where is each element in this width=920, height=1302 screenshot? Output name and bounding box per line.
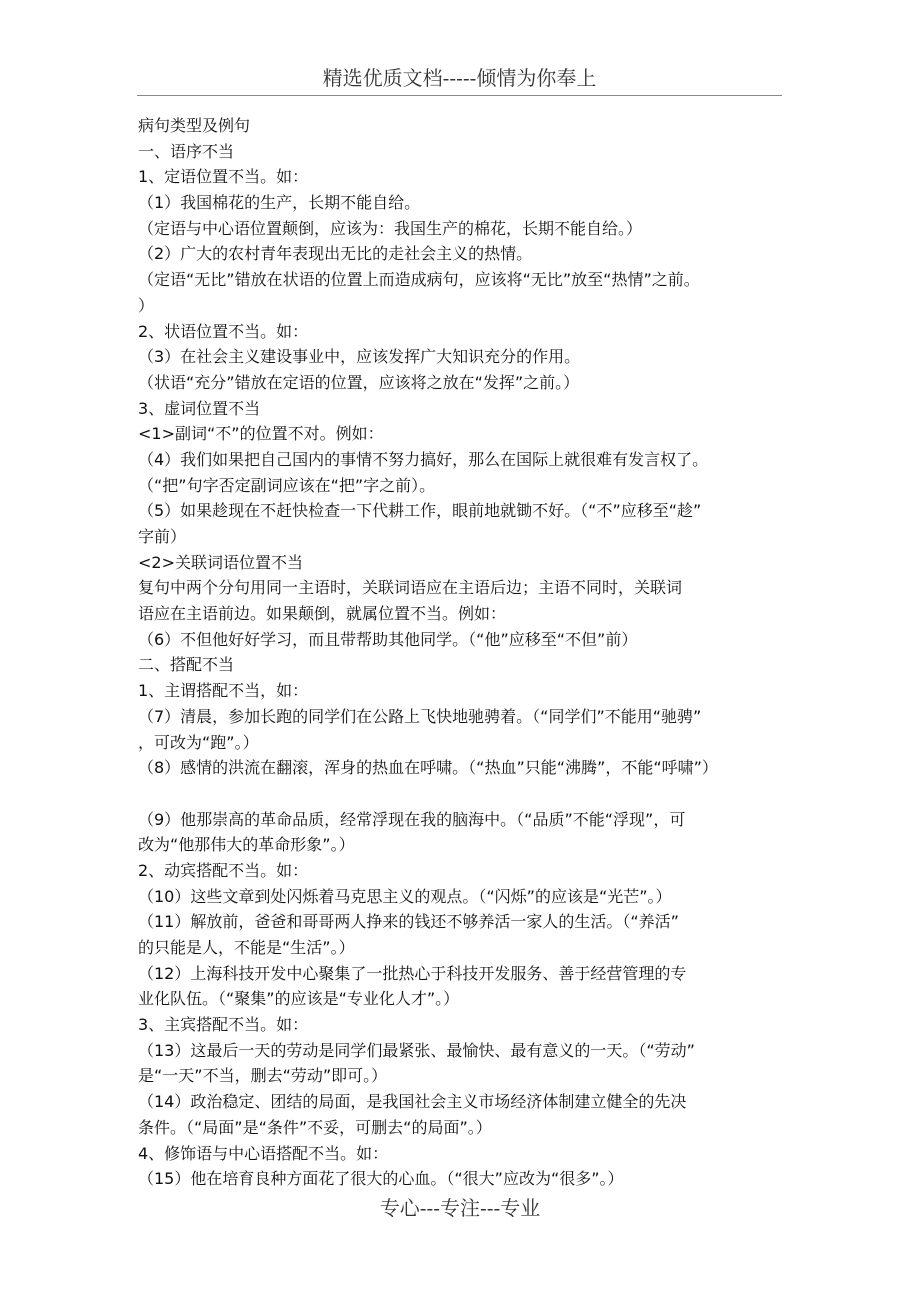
example-line: （9）他那崇高的革命品质，经常浮现在我的脑海中。（“品质”不能“浮现”，可 — [138, 807, 798, 833]
subsection-heading: 1、主谓搭配不当，如： — [138, 678, 798, 704]
explanation-line: 是“一天”不当，删去“劳动”即可。） — [138, 1063, 798, 1089]
document-title: 病句类型及例句 — [138, 113, 798, 139]
explanation-line: 业化队伍。（“聚集”的应该是“专业化人才”。） — [138, 986, 798, 1012]
subsection-heading: 1、定语位置不当。如： — [138, 164, 798, 190]
subsection-heading: 2、动宾搭配不当。如： — [138, 858, 798, 884]
explanation-line: ） — [138, 293, 798, 319]
example-line: （4）我们如果把自己国内的事情不努力搞好，那么在国际上就很难有发言权了。 — [138, 447, 798, 473]
example-line: （5）如果趁现在不赶快检查一下代耕工作，眼前地就锄不好。（“不”应移至“趁” — [138, 498, 798, 524]
document-body: 病句类型及例句 一、语序不当 1、定语位置不当。如： （1）我国棉花的生产，长期… — [138, 113, 798, 1192]
example-line: （1）我国棉花的生产，长期不能自给。 — [138, 190, 798, 216]
subsection-heading: 4、修饰语与中心语搭配不当。如： — [138, 1141, 798, 1167]
section-heading: 一、语序不当 — [138, 139, 798, 165]
explanation-line: 条件。（“局面”是“条件”不妥，可删去“的局面”。） — [138, 1115, 798, 1141]
explanation-line: （“把”句字否定副词应该在“把”字之前）。 — [138, 473, 798, 499]
page-footer: 专心---专注---专业 — [0, 1194, 920, 1222]
example-line: （6）不但他好好学习，而且带帮助其他同学。（“他”应移至“不但”前） — [138, 627, 798, 653]
explanation-line: 改为“他那伟大的革命形象”。） — [138, 832, 798, 858]
example-line: （3）在社会主义建设事业中，应该发挥广大知识充分的作用。 — [138, 344, 798, 370]
sub-subsection-heading: <1>副词“不”的位置不对。例如： — [138, 421, 798, 447]
explanation-line: （定语“无比”错放在状语的位置上而造成病句，应该将“无比”放至“热情”之前。 — [138, 267, 798, 293]
subsection-heading: 3、主宾搭配不当。如： — [138, 1012, 798, 1038]
explanation-line: ，可改为“跑”。） — [138, 730, 798, 756]
example-line: （8）感情的洪流在翻滚，浑身的热血在呼啸。（“热血”只能“沸腾”，不能“呼啸”） — [138, 755, 798, 781]
subsection-heading: 3、虚词位置不当 — [138, 396, 798, 422]
paragraph-line: 语应在主语前边。如果颠倒，就属位置不当。例如： — [138, 601, 798, 627]
paragraph-line: 复句中两个分句用同一主语时，关联词语应在主语后边；主语不同时，关联词 — [138, 575, 798, 601]
explanation-line: 的只能是人，不能是“生活”。） — [138, 935, 798, 961]
example-line: （11）解放前，爸爸和哥哥两人挣来的钱还不够养活一家人的生活。（“养活” — [138, 909, 798, 935]
example-line: （7）清晨，参加长跑的同学们在公路上飞快地驰骋着。（“同学们”不能用“驰骋” — [138, 704, 798, 730]
explanation-line: （状语“充分”错放在定语的位置，应该将之放在“发挥”之前。） — [138, 370, 798, 396]
subsection-heading: 2、状语位置不当。如： — [138, 319, 798, 345]
explanation-line: （定语与中心语位置颠倒，应该为：我国生产的棉花，长期不能自给。） — [138, 216, 798, 242]
example-line: （13）这最后一天的劳动是同学们最紧张、最愉快、最有意义的一天。（“劳动” — [138, 1038, 798, 1064]
sub-subsection-heading: <2>关联词语位置不当 — [138, 550, 798, 576]
example-line: （14）政治稳定、团结的局面，是我国社会主义市场经济体制建立健全的先决 — [138, 1089, 798, 1115]
page-header: 精选优质文档-----倾情为你奉上 — [137, 64, 782, 96]
example-line: （2）广大的农村青年表现出无比的走社会主义的热情。 — [138, 241, 798, 267]
section-heading: 二、搭配不当 — [138, 652, 798, 678]
explanation-line: 字前） — [138, 524, 798, 550]
example-line: （10）这些文章到处闪烁着马克思主义的观点。（“闪烁”的应该是“光芒”。） — [138, 884, 798, 910]
example-line: （12）上海科技开发中心聚集了一批热心于科技开发服务、善于经营管理的专 — [138, 961, 798, 987]
example-line: （15）他在培育良种方面花了很大的心血。（“很大”应改为“很多”。） — [138, 1166, 798, 1192]
blank-line — [138, 781, 798, 807]
